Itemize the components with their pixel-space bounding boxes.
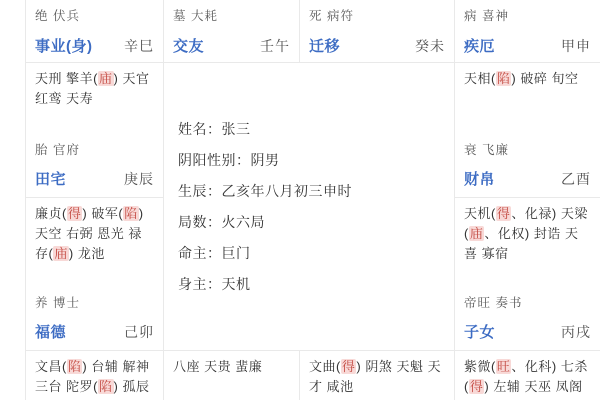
star: 擎羊(庙) (66, 71, 118, 86)
star-list: 天机(得、化禄) 天梁(庙、化权) 封诰 天喜 寡宿 (464, 204, 591, 264)
star: 天魁 (396, 359, 423, 374)
palace-title-row: 财帛 乙酉 (464, 168, 591, 189)
star: 阴煞 (365, 359, 392, 374)
star: 凤阁 (556, 379, 583, 394)
gods-line: 养 博士 (35, 295, 154, 312)
star: 三台 (35, 379, 62, 394)
star: 孤辰 (122, 379, 149, 394)
star: 恩光 (97, 226, 124, 241)
palace-cell-career: 绝 伏兵 事业(身) 辛巳 (25, 0, 164, 63)
info-row-gender: 阴阳性别：阴男 (178, 150, 440, 170)
star-list: 紫微(旺、化科) 七杀(得) 左辅 天巫 凤阁 (464, 357, 591, 397)
palace-link-children[interactable]: 子女 (464, 321, 495, 342)
star: 紫微(旺、化科) (464, 359, 557, 374)
star: 天刑 (35, 71, 62, 86)
gods-line: 墓 大耗 (173, 8, 290, 25)
palace-link-wealth[interactable]: 财帛 (464, 168, 495, 189)
star-list: 廉贞(得) 破军(陷) 天空 右弼 恩光 禄存(庙) 龙池 (35, 204, 154, 264)
info-row-bureau: 局数：火六局 (178, 212, 440, 232)
info-label: 生辰： (178, 183, 222, 199)
palace-cell-health: 病 喜神 疾厄 甲申 (455, 0, 600, 63)
info-label: 姓名： (178, 121, 222, 137)
star: 右弼 (66, 226, 93, 241)
star: 台辅 (91, 359, 118, 374)
stem-branch: 己卯 (124, 322, 154, 342)
brightness-status: 得 (496, 206, 512, 221)
palace-title-row: 疾厄 甲申 (464, 35, 591, 56)
gods-line: 衰 飞廉 (464, 142, 591, 159)
palace-cell-fortune: 廉贞(得) 破军(陷) 天空 右弼 恩光 禄存(庙) 龙池 养 博士 福德 己卯 (25, 198, 164, 351)
palace-cell-bottom-4: 紫微(旺、化科) 七杀(得) 左辅 天巫 凤阁 (455, 351, 600, 400)
info-value: 天机 (222, 276, 251, 292)
star: 天贵 (204, 359, 231, 374)
star: 咸池 (327, 379, 354, 394)
info-label: 命主： (178, 245, 222, 261)
star-list: 天刑 擎羊(庙) 天官 红鸾 天寿 (35, 69, 154, 109)
star-list: 文昌(陷) 台辅 解神 三台 陀罗(陷) 孤辰 (35, 357, 154, 397)
star: 蜚廉 (235, 359, 262, 374)
stem-branch: 辛巳 (124, 36, 154, 56)
palace-cell-migration: 死 病符 迁移 癸未 (300, 0, 455, 63)
stem-branch: 壬午 (260, 36, 290, 56)
star: 天巫 (524, 379, 551, 394)
gods-line: 死 病符 (309, 8, 445, 25)
star: 天机(得、化禄) (464, 206, 557, 221)
brightness-status: 得 (469, 379, 485, 394)
palace-title-row: 事业(身) 辛巳 (35, 35, 154, 56)
palace-title-row: 迁移 癸未 (309, 35, 445, 56)
star-list: 文曲(得) 阴煞 天魁 天才 咸池 (309, 357, 445, 397)
gods-line: 帝旺 奏书 (464, 295, 591, 312)
brightness-status: 得 (67, 206, 83, 221)
star: 天空 (35, 226, 62, 241)
palace-title-row: 交友 壬午 (173, 35, 290, 56)
info-row-body-master: 身主：天机 (178, 274, 440, 294)
star: 天相(陷) (464, 71, 516, 86)
star: 文曲(得) (309, 359, 361, 374)
star: 八座 (173, 359, 200, 374)
star: 封诰 (534, 226, 561, 241)
info-row-birth: 生辰：乙亥年八月初三申时 (178, 181, 440, 201)
info-label: 阴阳性别： (178, 152, 251, 168)
star: 破碎 (520, 71, 547, 86)
palace-cell-property: 天刑 擎羊(庙) 天官 红鸾 天寿 胎 官府 田宅 庚辰 (25, 63, 164, 198)
palace-cell-friends: 墓 大耗 交友 壬午 (164, 0, 300, 63)
palace-link-health[interactable]: 疾厄 (464, 35, 495, 56)
info-value: 乙亥年八月初三申时 (222, 183, 353, 199)
brightness-status: 陷 (123, 206, 139, 221)
spacer (464, 89, 591, 142)
palace-cell-bottom-3: 文曲(得) 阴煞 天魁 天才 咸池 (300, 351, 455, 400)
gods-line: 胎 官府 (35, 142, 154, 159)
palace-link-property[interactable]: 田宅 (35, 168, 66, 189)
star: 红鸾 (35, 91, 62, 106)
center-info-panel: 姓名：张三 阴阳性别：阴男 生辰：乙亥年八月初三申时 局数：火六局 命主：巨门 … (164, 63, 455, 351)
star: 文昌(陷) (35, 359, 87, 374)
spacer (464, 264, 591, 295)
palace-cell-wealth: 天相(陷) 破碎 旬空 衰 飞廉 财帛 乙酉 (455, 63, 600, 198)
info-value: 张三 (222, 121, 251, 137)
ziwei-chart-page: 绝 伏兵 事业(身) 辛巳 墓 大耗 交友 壬午 死 病符 迁移 癸未 病 喜神… (0, 0, 600, 400)
gods-line: 绝 伏兵 (35, 8, 154, 25)
info-row-name: 姓名：张三 (178, 119, 440, 139)
star-list: 天相(陷) 破碎 旬空 (464, 69, 591, 89)
brightness-status: 得 (341, 359, 357, 374)
info-value: 巨门 (222, 245, 251, 261)
star: 左辅 (493, 379, 520, 394)
palace-link-career[interactable]: 事业(身) (35, 35, 93, 56)
info-label: 局数： (178, 214, 222, 230)
brightness-status: 陷 (496, 71, 512, 86)
star-list: 八座 天贵 蜚廉 (173, 357, 290, 377)
stem-branch: 乙酉 (561, 169, 591, 189)
info-value: 阴男 (251, 152, 280, 168)
palace-cell-bottom-2: 八座 天贵 蜚廉 (164, 351, 300, 400)
palace-cell-children: 天机(得、化禄) 天梁(庙、化权) 封诰 天喜 寡宿 帝旺 奏书 子女 丙戌 (455, 198, 600, 351)
star: 天寿 (66, 91, 93, 106)
star: 天官 (122, 71, 149, 86)
brightness-status: 陷 (98, 379, 114, 394)
palace-grid: 绝 伏兵 事业(身) 辛巳 墓 大耗 交友 壬午 死 病符 迁移 癸未 病 喜神… (25, 0, 600, 400)
star: 寡宿 (482, 246, 509, 261)
palace-link-friends[interactable]: 交友 (173, 35, 204, 56)
palace-title-row: 福德 己卯 (35, 321, 154, 342)
gods-line: 病 喜神 (464, 8, 591, 25)
stem-branch: 丙戌 (561, 322, 591, 342)
star: 廉贞(得) (35, 206, 87, 221)
brightness-status: 陷 (67, 359, 83, 374)
star: 解神 (122, 359, 149, 374)
info-value: 火六局 (222, 214, 266, 230)
brightness-status: 庙 (469, 226, 485, 241)
palace-link-fortune[interactable]: 福德 (35, 321, 66, 342)
palace-cell-bottom-1: 文昌(陷) 台辅 解神 三台 陀罗(陷) 孤辰 (25, 351, 164, 400)
palace-link-migration[interactable]: 迁移 (309, 35, 340, 56)
spacer (35, 109, 154, 142)
palace-title-row: 子女 丙戌 (464, 321, 591, 342)
spacer (35, 264, 154, 295)
info-label: 身主： (178, 276, 222, 292)
brightness-status: 庙 (98, 71, 114, 86)
stem-branch: 庚辰 (124, 169, 154, 189)
brightness-status: 旺 (496, 359, 512, 374)
brightness-status: 庙 (53, 246, 69, 261)
stem-branch: 甲申 (561, 36, 591, 56)
star: 破军(陷) (91, 206, 143, 221)
palace-title-row: 田宅 庚辰 (35, 168, 154, 189)
star: 陀罗(陷) (66, 379, 118, 394)
star: 龙池 (78, 246, 105, 261)
star: 旬空 (551, 71, 578, 86)
stem-branch: 癸未 (415, 36, 445, 56)
info-row-life-master: 命主：巨门 (178, 243, 440, 263)
